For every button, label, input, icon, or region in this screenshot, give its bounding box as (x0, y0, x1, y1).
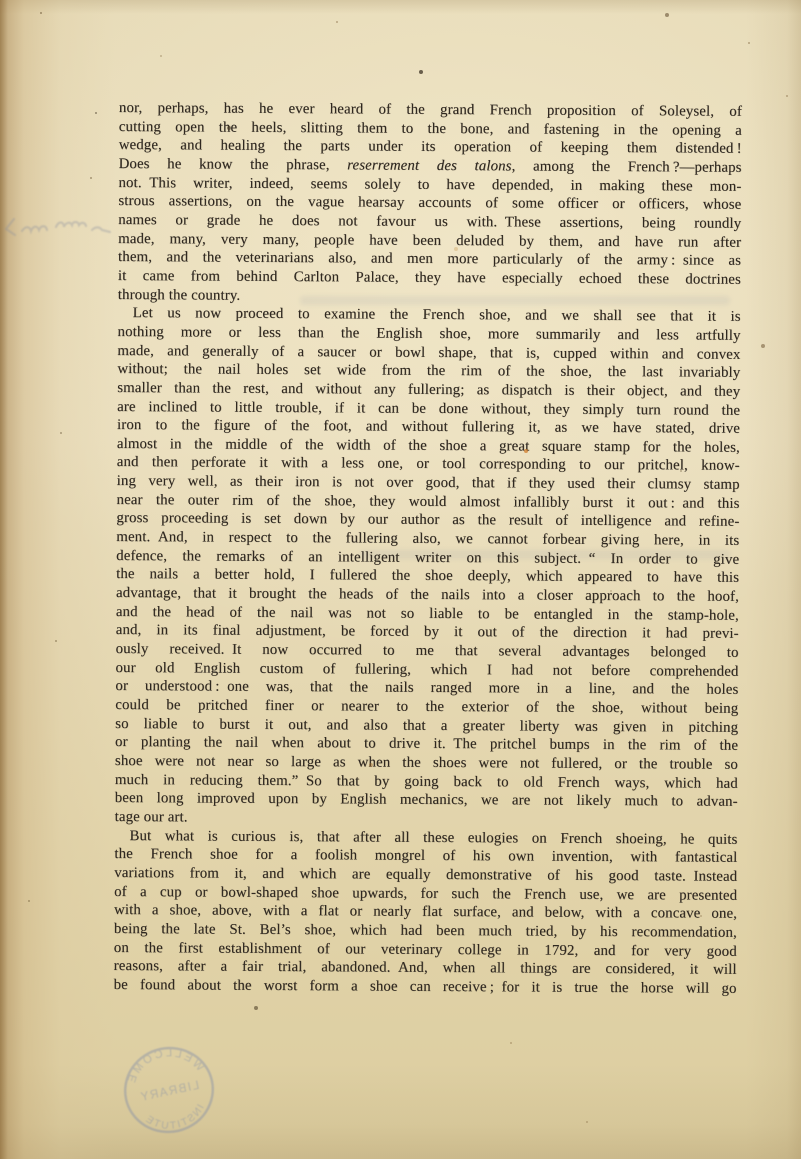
line-text: reasons, after a fair trial, abandoned. … (114, 958, 737, 978)
line-text: so liable to burst it out, and also that… (115, 716, 738, 736)
line-text: strous assertions, on the vague hearsay … (118, 193, 741, 213)
line-text: iron to the figure of the foot, and with… (117, 417, 740, 437)
italic-phrase: reserrement des talons (347, 157, 512, 174)
line-text: , among the French ?—perhaps (512, 158, 742, 175)
line-text: of a cup or bowl-shaped shoe upwards, fo… (114, 884, 737, 904)
line-text: and the head of the nail was not so liab… (116, 604, 739, 624)
line-text: smaller than the rest, and without any f… (117, 380, 740, 400)
line-text: near the outer rim of the shoe, they wou… (117, 492, 740, 512)
text-line: been long improved upon by English mecha… (115, 789, 738, 811)
line-text: ously received. It now occurred to me th… (116, 641, 739, 661)
line-text: without; the nail holes set wide from th… (117, 361, 740, 381)
line-text: and then perforate it with a less one, o… (117, 454, 740, 474)
line-text: being the late St. Bel’s shoe, which had… (114, 921, 737, 941)
line-text: been long improved upon by English mecha… (115, 790, 738, 810)
line-text: Let us now proceed to examine the French… (133, 305, 741, 325)
line-text: cutting open the heels, slitting them to… (119, 119, 742, 139)
line-text: much in reducing them.” So that by going… (115, 772, 738, 792)
line-text: the nails a better hold, I fullered the … (116, 566, 739, 586)
line-text: them, and the veterinarians also, and me… (118, 249, 741, 269)
line-text: not. This writer, indeed, seems solely t… (118, 175, 741, 195)
line-text: it came from behind Carlton Palace, they… (118, 268, 741, 288)
line-text: tage our art. (115, 809, 188, 825)
text-line: be found about the worst form a shoe can… (114, 976, 737, 998)
foxing-specks (0, 0, 2, 2)
page-text-block: nor, perhaps, has he ever heard of the g… (114, 99, 742, 998)
line-text: ment. And, in respect to the fullering a… (116, 529, 739, 549)
line-text: shoe were not near so large as when the … (115, 753, 738, 773)
line-text: variations from it, and which are equall… (114, 865, 737, 885)
line-text: are inclined to little trouble, if it ca… (117, 398, 740, 418)
library-stamp-show-through: WELLCOME LIBRARY INSTITUTE (108, 1031, 230, 1148)
line-text: gross proceeding is set down by our auth… (116, 510, 739, 530)
line-text: or understood : one was, that the nails … (115, 678, 738, 698)
line-text: our old English custom of fullering, whi… (115, 660, 738, 680)
line-text: or planting the nail when about to drive… (115, 734, 738, 754)
stamp-middle-text: LIBRARY (138, 1079, 200, 1104)
line-text: made, many, very many, people have been … (118, 231, 741, 251)
line-text: be found about the worst form a shoe can… (114, 977, 737, 997)
line-text: could be pritched finer or nearer to the… (115, 697, 738, 717)
line-text: names or grade he does not favour us wit… (118, 212, 741, 232)
line-text: nor, perhaps, has he ever heard of the g… (119, 100, 742, 120)
line-text: made, and generally of a saucer or bowl … (117, 343, 740, 363)
line-text: through the country. (118, 287, 241, 304)
line-text: But what is curious is, that after all t… (129, 828, 737, 848)
line-text: wedge, and healing the parts under its o… (119, 137, 742, 157)
line-text: nothing more or less than the English sh… (118, 324, 741, 344)
line-text: the French shoe for a foolish mongrel of… (114, 846, 737, 866)
handwriting-show-through (0, 203, 132, 251)
line-text: almost in the middle of the width of the… (117, 436, 740, 456)
line-text: with a shoe, above, with a flat or nearl… (114, 902, 737, 922)
line-text: advantage, that it brought the heads of … (116, 585, 739, 605)
line-text: on the first establishment of our veteri… (114, 940, 737, 960)
line-text: defence, the remarks of an intelligent w… (116, 548, 739, 568)
line-text: ing very well, as their iron is not over… (117, 473, 740, 493)
line-text: and, in its final adjustment, be forced … (116, 622, 739, 642)
book-page-scan: nor, perhaps, has he ever heard of the g… (0, 0, 801, 1159)
line-text: Does he know the phrase, (119, 156, 348, 173)
